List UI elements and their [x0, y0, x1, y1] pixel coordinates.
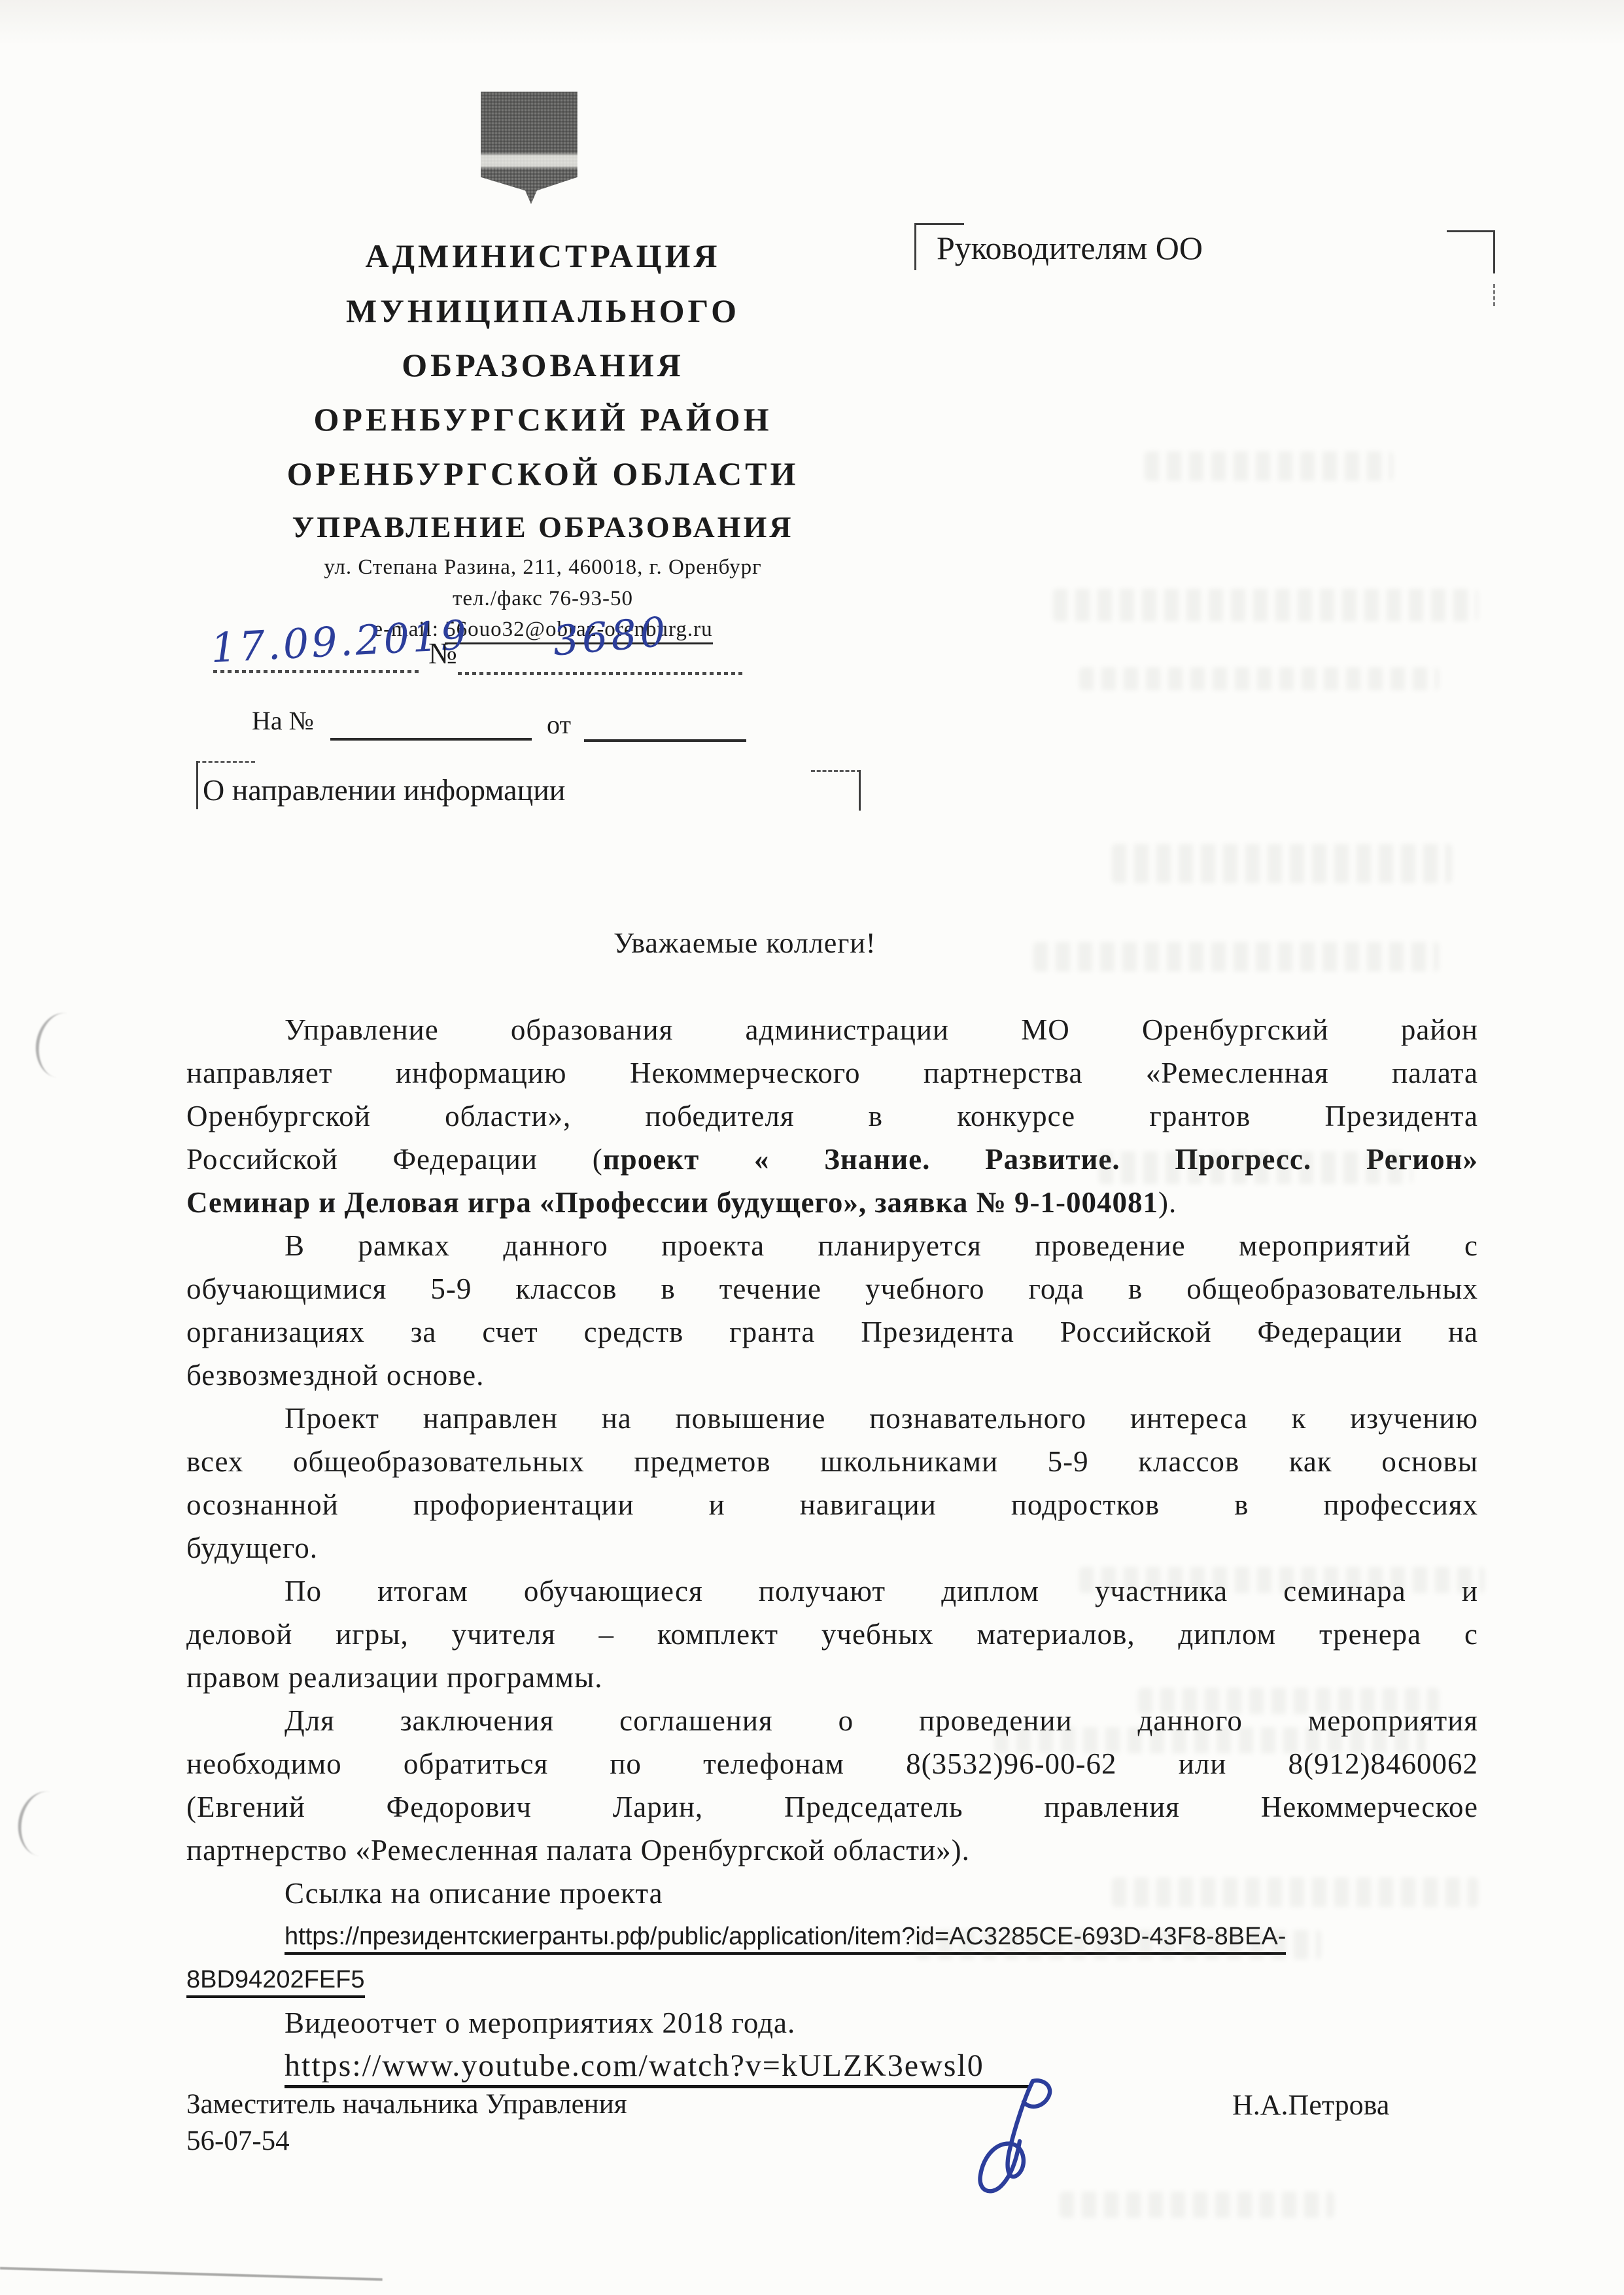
body-line: В рамках данного проекта планируется про… — [186, 1224, 1478, 1267]
on-number-label: На № — [252, 705, 314, 736]
handwritten-number: 3680 — [551, 607, 670, 665]
subject-text: О направлении информации — [203, 773, 565, 807]
text-segment: партнерство «Ремесленная палата Оренбург… — [186, 1834, 970, 1866]
body-line: направляет информацию Некоммерческого па… — [186, 1051, 1478, 1095]
text-segment: обучающимися 5-9 классов в течение учебн… — [186, 1272, 1478, 1305]
subject-right-bracket — [859, 770, 861, 811]
handwritten-signature — [952, 2071, 1076, 2215]
bleed-through-artifact — [1112, 844, 1452, 883]
text-segment: Видеоотчет о мероприятиях 2018 года. — [285, 2006, 795, 2039]
org-address: ул. Степана Разина, 211, 460018, г. Орен… — [216, 555, 870, 580]
body-line: Оренбургской области», победителя в конк… — [186, 1095, 1478, 1138]
text-segment: правом реализации программы. — [186, 1661, 603, 1694]
bleed-through-artifact — [1079, 1567, 1485, 1593]
body-line: Управление образования администрации МО … — [186, 1008, 1478, 1051]
bleed-through-artifact — [1060, 2192, 1334, 2218]
body-line: обучающимися 5-9 классов в течение учебн… — [186, 1267, 1478, 1310]
text-segment: Семинар и Деловая игра «Профессии будуще… — [186, 1186, 1158, 1219]
signer-position: Заместитель начальника Управления — [186, 2088, 627, 2120]
text-segment: Ссылка на описание проекта — [285, 1877, 663, 1910]
bleed-through-artifact — [916, 1930, 1321, 1959]
number-sign: № — [428, 636, 457, 671]
bleed-through-artifact — [1033, 942, 1439, 972]
addressee-right-bracket-top — [1447, 230, 1495, 232]
addressee-left-bracket — [914, 223, 916, 270]
subject-right-bracket-top — [811, 770, 861, 772]
scanned-letter-page: АДМИНИСТРАЦИЯ МУНИЦИПАЛЬНОГО ОБРАЗОВАНИЯ… — [0, 0, 1624, 2295]
org-name-line-4: ОРЕНБУРГСКИЙ РАЙОН — [216, 400, 870, 438]
signer-phone: 56-07-54 — [186, 2125, 290, 2157]
signer-name: Н.А.Петрова — [1232, 2088, 1389, 2122]
body-line: партнерство «Ремесленная палата Оренбург… — [186, 1829, 1478, 1872]
text-segment: (Евгений Федорович Ларин, Председатель п… — [186, 1791, 1478, 1823]
text-segment: организациях за счет средств гранта През… — [186, 1316, 1478, 1348]
from-label: от — [547, 709, 571, 740]
bleed-through-artifact — [1099, 1151, 1413, 1184]
body-line: Видеоотчет о мероприятиях 2018 года. — [186, 2001, 1478, 2044]
scan-arc-artifact — [31, 1009, 94, 1082]
text-segment: В рамках данного проекта планируется про… — [285, 1229, 1478, 1262]
org-name-line-2: МУНИЦИПАЛЬНОГО — [216, 292, 870, 330]
body-line: безвозмездной основе. — [186, 1354, 1478, 1397]
salutation: Уважаемые коллеги! — [613, 926, 876, 960]
addressee-right-bracket — [1493, 230, 1495, 273]
on-number-rule — [330, 738, 532, 741]
org-department-line: УПРАВЛЕНИЕ ОБРАЗОВАНИЯ — [216, 510, 870, 544]
body-line: организациях за счет средств гранта През… — [186, 1310, 1478, 1354]
scan-arc-artifact — [13, 1787, 76, 1861]
body-line: (Евгений Федорович Ларин, Председатель п… — [186, 1785, 1478, 1829]
text-segment: осознанной профориентации и навигации по… — [186, 1488, 1478, 1521]
text-segment: будущего. — [186, 1532, 318, 1564]
body-link-line[interactable]: https://www.youtube.com/watch?v=kULZK3ew… — [186, 2044, 1478, 2088]
text-segment: деловой игры, учителя – комплект учебных… — [186, 1618, 1478, 1651]
bleed-through-artifact — [1112, 1878, 1478, 1907]
coat-of-arms-emblem — [481, 92, 578, 204]
subject-left-bracket-top — [196, 761, 255, 763]
bleed-through-artifact — [1079, 667, 1439, 690]
body-line: осознанной профориентации и навигации по… — [186, 1483, 1478, 1526]
text-segment: ). — [1158, 1186, 1177, 1219]
org-name-line-5: ОРЕНБУРГСКОЙ ОБЛАСТИ — [216, 455, 870, 493]
bleed-through-artifact — [1138, 1688, 1439, 1714]
addressee-left-bracket-top — [914, 223, 964, 225]
text-segment: Управление образования администрации МО … — [285, 1013, 1478, 1046]
addressee-text: Руководителям ОО — [937, 229, 1203, 267]
org-phone: тел./факс 76-93-50 — [216, 587, 870, 611]
addressee-right-bracket-tick — [1493, 284, 1495, 306]
org-name-line-1: АДМИНИСТРАЦИЯ — [216, 237, 870, 275]
body-line: Проект направлен на повышение познавател… — [186, 1397, 1478, 1440]
body-link-line[interactable]: 8BD94202FEF5 — [186, 1958, 1478, 2001]
bleed-through-artifact — [1145, 451, 1393, 481]
scan-line-artifact — [0, 2267, 383, 2281]
text-segment: Оренбургской области», победителя в конк… — [186, 1100, 1478, 1132]
body-line: деловой игры, учителя – комплект учебных… — [186, 1613, 1478, 1656]
body-line: будущего. — [186, 1526, 1478, 1569]
body-line: Семинар и Деловая игра «Профессии будуще… — [186, 1181, 1478, 1224]
bleed-through-artifact — [1053, 589, 1478, 622]
link-text[interactable]: https://www.youtube.com/watch?v=kULZK3ew… — [285, 2048, 1030, 2088]
text-segment: направляет информацию Некоммерческого па… — [186, 1057, 1478, 1089]
from-rule — [584, 739, 746, 742]
link-text[interactable]: 8BD94202FEF5 — [186, 1966, 365, 1998]
text-segment: безвозмездной основе. — [186, 1359, 484, 1392]
text-segment: Российской Федерации ( — [186, 1143, 603, 1176]
text-segment: Проект направлен на повышение познавател… — [285, 1402, 1478, 1435]
bleed-through-artifact — [994, 1727, 1426, 1753]
subject-left-bracket — [196, 761, 198, 809]
org-name-line-3: ОБРАЗОВАНИЯ — [216, 346, 870, 384]
number-dotted-rule — [458, 672, 743, 675]
date-dotted-rule — [213, 670, 419, 673]
body-line: всех общеобразовательных предметов школь… — [186, 1440, 1478, 1483]
text-segment: всех общеобразовательных предметов школь… — [186, 1445, 1478, 1478]
